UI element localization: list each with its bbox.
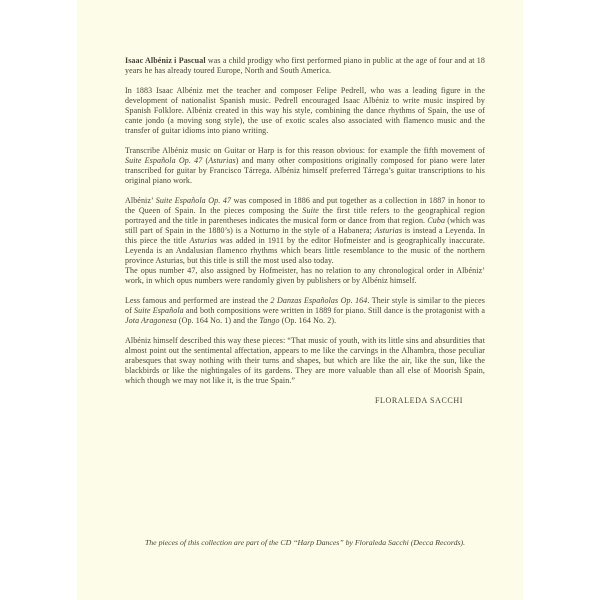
scan-canvas: Isaac Albéniz i Pascual was a child prod… xyxy=(0,0,600,600)
text-segment: Cuba xyxy=(427,216,445,225)
text-segment: Isaac Albéniz i Pascual xyxy=(125,56,206,65)
text-segment: Asturias xyxy=(208,156,235,165)
body-text: Isaac Albéniz i Pascual was a child prod… xyxy=(125,56,485,386)
paragraph: Isaac Albéniz i Pascual was a child prod… xyxy=(125,56,485,76)
paragraph: Albéniz himself described this way these… xyxy=(125,336,485,386)
text-segment: (Op. 164 No. 2). xyxy=(280,316,337,325)
document-page: Isaac Albéniz i Pascual was a child prod… xyxy=(77,0,523,600)
text-segment: Tango xyxy=(259,316,279,325)
text-segment: Asturias xyxy=(375,226,402,235)
text-segment: Less famous and performed are instead th… xyxy=(125,296,271,305)
text-segment: 2 Danzas Españolas Op. 164 xyxy=(271,296,368,305)
text-segment: Suite xyxy=(302,206,319,215)
text-segment: The opus number 47, also assigned by Hof… xyxy=(125,266,485,285)
author-signature: FLORALEDA SACCHI xyxy=(125,396,485,405)
text-segment: Albéniz himself described this way these… xyxy=(125,336,485,385)
text-segment: Suite Española Op. 47 xyxy=(156,196,231,205)
text-segment: Albéniz’ xyxy=(125,196,156,205)
text-segment: (Op. 164 No. 1) and the xyxy=(177,316,260,325)
text-segment: and both compositions were written in 18… xyxy=(184,306,485,315)
text-segment: Transcribe Albéniz music on Guitar or Ha… xyxy=(125,146,485,155)
footer-note: The pieces of this collection are part o… xyxy=(125,538,485,548)
paragraph: Less famous and performed are instead th… xyxy=(125,296,485,326)
paragraph: In 1883 Isaac Albéniz met the teacher an… xyxy=(125,86,485,136)
paragraph: Transcribe Albéniz music on Guitar or Ha… xyxy=(125,146,485,186)
text-segment: Suite Española Op. 47 xyxy=(125,156,202,165)
paragraph: Albéniz’ Suite Española Op. 47 was compo… xyxy=(125,196,485,286)
text-segment: Suite Española xyxy=(134,306,184,315)
text-segment: Jota Aragonesa xyxy=(125,316,177,325)
text-segment: In 1883 Isaac Albéniz met the teacher an… xyxy=(125,86,485,135)
text-segment: Asturias xyxy=(189,236,216,245)
